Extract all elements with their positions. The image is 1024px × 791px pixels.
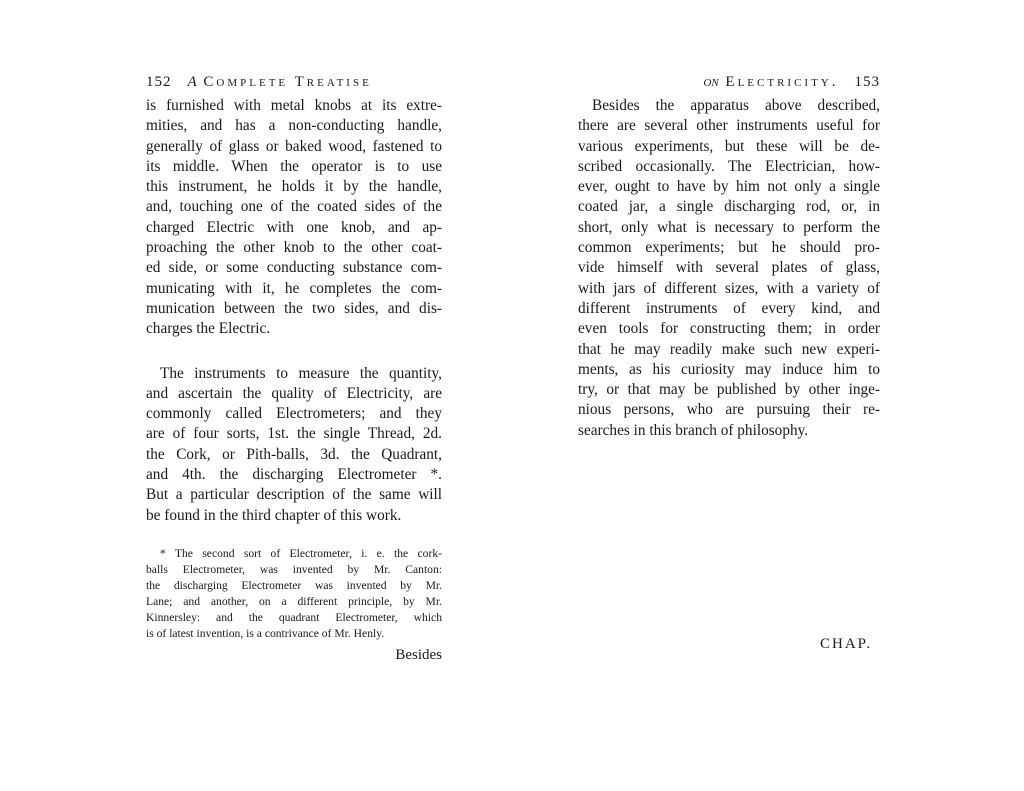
left-page: 152 A Complete Treatise is furnished wit… xyxy=(146,74,442,664)
running-head-title: A Complete Treatise xyxy=(188,74,372,91)
right-page: on Electricity. 153 Besides the apparatu… xyxy=(578,74,880,441)
paragraph: The instruments to measure the quantity,… xyxy=(146,364,442,526)
catchword: Besides xyxy=(146,647,442,664)
page-number: 152 xyxy=(146,74,172,91)
catchword-chap: CHAP. xyxy=(820,636,872,653)
page-number: 153 xyxy=(855,74,881,91)
footnote: * The second sort of Electrometer, i. e.… xyxy=(146,546,442,643)
paragraph: Besides the apparatus above described, t… xyxy=(578,96,880,441)
running-head-right: on Electricity. 153 xyxy=(578,74,880,96)
running-head-title: on Electricity. xyxy=(703,74,838,91)
running-head-left: 152 A Complete Treatise xyxy=(146,74,442,96)
paragraph: is furnished with metal knobs at its ext… xyxy=(146,96,442,340)
